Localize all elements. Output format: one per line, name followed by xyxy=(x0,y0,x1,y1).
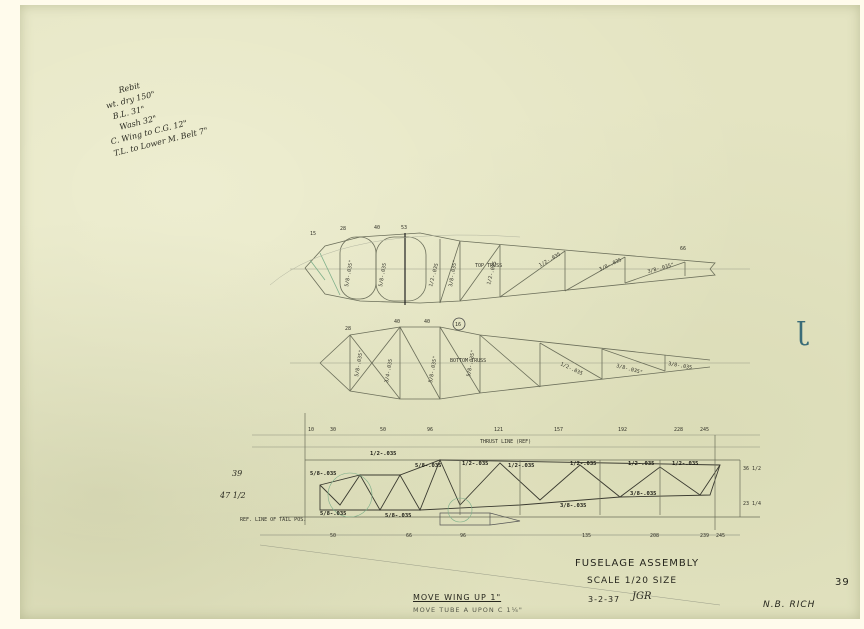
member-label: 3/8-.035" xyxy=(448,260,459,288)
member-label: 1/2-.035 xyxy=(672,461,699,467)
member-label: 1/2-.035 xyxy=(462,461,489,467)
member-label: 3/8-.035 xyxy=(668,361,693,371)
revision-note: MOVE TUBE A UPON C 1¼" xyxy=(413,606,523,614)
member-label: 3/8-.035" xyxy=(615,363,643,376)
member-label: 1/2-.035 xyxy=(628,461,655,467)
member-label: 5/8-.035 xyxy=(415,463,442,469)
top-truss-label: TOP TRUSS xyxy=(475,263,502,269)
member-label: 5/8-.035" xyxy=(354,350,365,378)
drawing-sheet: Rebit wt. dry 150" B.L. 31" Wash 32" C. … xyxy=(20,5,860,619)
dimension-label: 157 xyxy=(554,427,563,433)
dimension-label: 96 xyxy=(427,427,433,433)
station-label: 15 xyxy=(310,231,316,237)
dimension-label: 30 xyxy=(330,427,336,433)
member-label: 1/2-.035 xyxy=(508,463,535,469)
drawing-initials: JGR xyxy=(632,591,652,602)
dimension-label: 135 xyxy=(582,533,591,539)
station-label: 40 xyxy=(394,319,400,325)
member-label: 5/8-.035 xyxy=(385,513,412,519)
dimension-label: 36 1/2 xyxy=(743,466,761,472)
member-label: 1/2-.035 xyxy=(559,361,583,377)
author-name: N.B. RICH xyxy=(763,600,815,610)
top-truss-labels: TOP TRUSS 15 28 40 53 66 5/8-.035" 5/8-.… xyxy=(310,225,686,288)
station-label: 53 xyxy=(401,225,407,231)
dimension-label: 208 xyxy=(650,533,659,539)
drawing-title: FUSELAGE ASSEMBLY xyxy=(575,558,699,569)
member-label: 3/8-.035" xyxy=(647,262,675,275)
dimension-label: 245 xyxy=(716,533,725,539)
member-label: 1/2-.035 xyxy=(570,461,597,467)
dimension-label: 50 xyxy=(380,427,386,433)
member-label: 3/4-.035 xyxy=(384,359,394,384)
dimension-label: 239 xyxy=(700,533,709,539)
dimension-label: 39 xyxy=(232,469,242,478)
member-label: 5/8-.035 xyxy=(320,511,347,517)
sheet-number: 39 xyxy=(835,577,850,588)
member-label: 5/8-.035" xyxy=(344,260,355,288)
station-label: 16 xyxy=(455,322,461,328)
member-label: 5/8-.035 xyxy=(378,263,388,288)
station-label: 28 xyxy=(340,226,346,232)
fuselage-drawing: TOP TRUSS 15 28 40 53 66 5/8-.035" 5/8-.… xyxy=(20,5,860,619)
dimension-label: 96 xyxy=(460,533,466,539)
member-label: 3/8-.035 xyxy=(630,491,657,497)
member-label: 3/8-.035 xyxy=(598,257,622,273)
bottom-truss-labels: BOTTOM TRUSS 28 40 40 16 5/8-.035" 3/4-.… xyxy=(345,319,692,383)
ref-line-label: REF. LINE OF TAIL POS. xyxy=(240,517,306,523)
dimension-label: 47 1/2 xyxy=(219,491,246,500)
member-label: 1/2-.035 xyxy=(538,251,562,268)
dimension-label: 10 xyxy=(308,427,314,433)
drawing-scale: SCALE 1/20 SIZE xyxy=(587,576,677,586)
dimension-label: 192 xyxy=(618,427,627,433)
dimension-label: 50 xyxy=(330,533,336,539)
member-label: 1/2-.035 xyxy=(428,263,440,288)
margin-mark: J xyxy=(796,317,806,347)
revision-note: MOVE WING UP 1" xyxy=(413,593,501,602)
member-label: 5/8-.035 xyxy=(310,471,337,477)
dimension-label: 23 1/4 xyxy=(743,501,761,507)
dimension-label: 245 xyxy=(700,427,709,433)
thrust-line-label: THRUST LINE (REF) xyxy=(480,439,531,445)
dimension-label: 66 xyxy=(406,533,412,539)
station-label: 40 xyxy=(374,225,380,231)
station-label: 28 xyxy=(345,326,351,332)
dimension-label: 228 xyxy=(674,427,683,433)
member-label: 5/8-.035" xyxy=(428,356,439,384)
member-label: 3/8-.035 xyxy=(560,503,587,509)
dimension-label: 121 xyxy=(494,427,503,433)
top-truss-view xyxy=(270,233,750,305)
drawing-date: 3-2-37 xyxy=(588,595,620,604)
member-label: 1/2-.035 xyxy=(370,451,397,457)
station-label: 66 xyxy=(680,246,686,252)
station-label: 40 xyxy=(424,319,430,325)
